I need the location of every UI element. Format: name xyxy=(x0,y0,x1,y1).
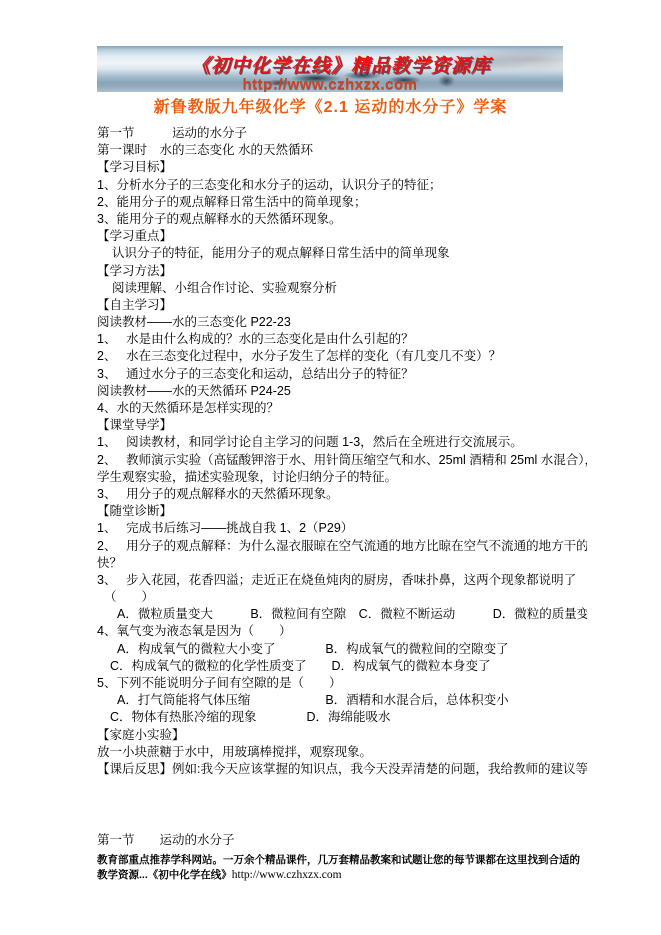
lesson-title-line: 第一课时 水的三态变化 水的天然循环 xyxy=(97,142,587,159)
quiz-options: A．微粒质量变大 B．微粒间有空隙 C．微粒不断运动 D．微粒的质量变小 xyxy=(97,606,587,623)
quiz-options: A．打气筒能将气体压缩 B．酒精和水混合后，总体积变小 xyxy=(97,692,587,709)
banner-site-url[interactable]: http://www.czhxzx.com xyxy=(97,76,563,92)
heading-quiz: 【随堂诊断】 xyxy=(97,503,587,520)
experiment-text: 放一小块蔗糖于水中，用玻璃棒搅拌，观察现象。 xyxy=(97,744,587,761)
quiz-item: 4、氧气变为液态氧是因为（ ） xyxy=(97,623,587,640)
site-banner: 《初中化学在线》精品教学资源库 http://www.czhxzx.com xyxy=(97,46,563,92)
heading-learning-goals: 【学习目标】 xyxy=(97,159,587,176)
goal-item: 3、能用分子的观点解释水的天然循环现象。 xyxy=(97,211,587,228)
question-item: 1、 水是由什么构成的？水的三态变化是由什么引起的？ xyxy=(97,331,587,348)
heading-class-guidance: 【课堂导学】 xyxy=(97,417,587,434)
quiz-item-wrap: （ ） xyxy=(97,589,587,606)
question-item: 4、水的天然循环是怎样实现的？ xyxy=(97,400,587,417)
heading-methods: 【学习方法】 xyxy=(97,263,587,280)
section-title-line: 第一节 运动的水分子 xyxy=(97,125,587,142)
quiz-options: C．物体有热胀冷缩的现象 D．海绵能吸水 xyxy=(97,709,587,726)
quiz-options: C．构成氧气的微粒的化学性质变了 D．构成氧气的微粒本身变了 xyxy=(97,658,587,675)
footer-promo-line2-text: 教学资源...《初中化学在线》 xyxy=(97,869,232,881)
footer-promo-line2: 教学资源...《初中化学在线》http://www.czhxzx.com xyxy=(97,868,587,883)
question-item: 2、 水在三态变化过程中，水分子发生了怎样的变化（有几变几不变）？ xyxy=(97,348,587,365)
goal-item: 1、分析水分子的三态变化和水分子的运动，认识分子的特征； xyxy=(97,177,587,194)
document-footer: 第一节 运动的水分子 教育部重点推荐学科网站。一万余个精品课件，几万套精品教案和… xyxy=(97,832,587,883)
reading-task: 阅读教材——水的三态变化 P22-23 xyxy=(97,314,587,331)
quiz-item: 5、下列不能说明分子间有空隙的是（ ） xyxy=(97,675,587,692)
guidance-item-wrap: 学生观察实验，描述实验现象，讨论归纳分子的特征。 xyxy=(97,469,587,486)
quiz-item-wrap: 快？ xyxy=(97,555,587,572)
footer-site-url[interactable]: http://www.czhxzx.com xyxy=(232,869,342,881)
reading-task: 阅读教材——水的天然循环 P24-25 xyxy=(97,383,587,400)
heading-self-study: 【自主学习】 xyxy=(97,297,587,314)
goal-item: 2、能用分子的观点解释日常生活中的简单现象； xyxy=(97,194,587,211)
guidance-item: 1、 阅读教材，和同学讨论自主学习的问题 1-3，然后在全班进行交流展示。 xyxy=(97,434,587,451)
question-item: 3、 通过水分子的三态变化和运动，总结出分子的特征？ xyxy=(97,366,587,383)
footer-promo-line1: 教育部重点推荐学科网站。一万余个精品课件，几万套精品教案和试题让您的每节课都在这… xyxy=(97,853,587,868)
banner-site-title: 《初中化学在线》精品教学资源库 xyxy=(97,51,563,78)
guidance-item: 3、 用分子的观点解释水的天然循环现象。 xyxy=(97,486,587,503)
document-body: 第一节 运动的水分子 第一课时 水的三态变化 水的天然循环 【学习目标】 1、分… xyxy=(97,125,587,778)
heading-home-experiment: 【家庭小实验】 xyxy=(97,727,587,744)
guidance-item: 2、 教师演示实验（高锰酸钾溶于水、用针筒压缩空气和水、25ml 酒精和 25m… xyxy=(97,452,587,469)
quiz-item: 1、 完成书后练习——挑战自我 1、2（P29） xyxy=(97,520,587,537)
reflection-text: 【课后反思】例如:我今天应该掌握的知识点，我今天没弄清楚的问题，我给教师的建议等… xyxy=(97,761,587,778)
footer-promo: 教育部重点推荐学科网站。一万余个精品课件，几万套精品教案和试题让您的每节课都在这… xyxy=(97,853,587,883)
quiz-options: A．构成氧气的微粒大小变了 B．构成氧气的微粒间的空隙变了 xyxy=(97,641,587,658)
quiz-item: 3、 步入花园，花香四溢；走近正在烧鱼炖肉的厨房，香味扑鼻，这两个现象都说明了 xyxy=(97,572,587,589)
footer-section-line: 第一节 运动的水分子 xyxy=(97,832,587,849)
methods-text: 阅读理解、小组合作讨论、实验观察分析 xyxy=(97,280,587,297)
key-points-text: 认识分子的特征，能用分子的观点解释日常生活中的简单现象 xyxy=(97,245,587,262)
quiz-item: 2、 用分子的观点解释：为什么湿衣服晾在空气流通的地方比晾在空气不流通的地方干的 xyxy=(97,538,587,555)
document-page: 《初中化学在线》精品教学资源库 http://www.czhxzx.com 新鲁… xyxy=(0,0,661,935)
document-title: 新鲁教版九年级化学《2.1 运动的水分子》学案 xyxy=(0,94,661,117)
heading-key-points: 【学习重点】 xyxy=(97,228,587,245)
